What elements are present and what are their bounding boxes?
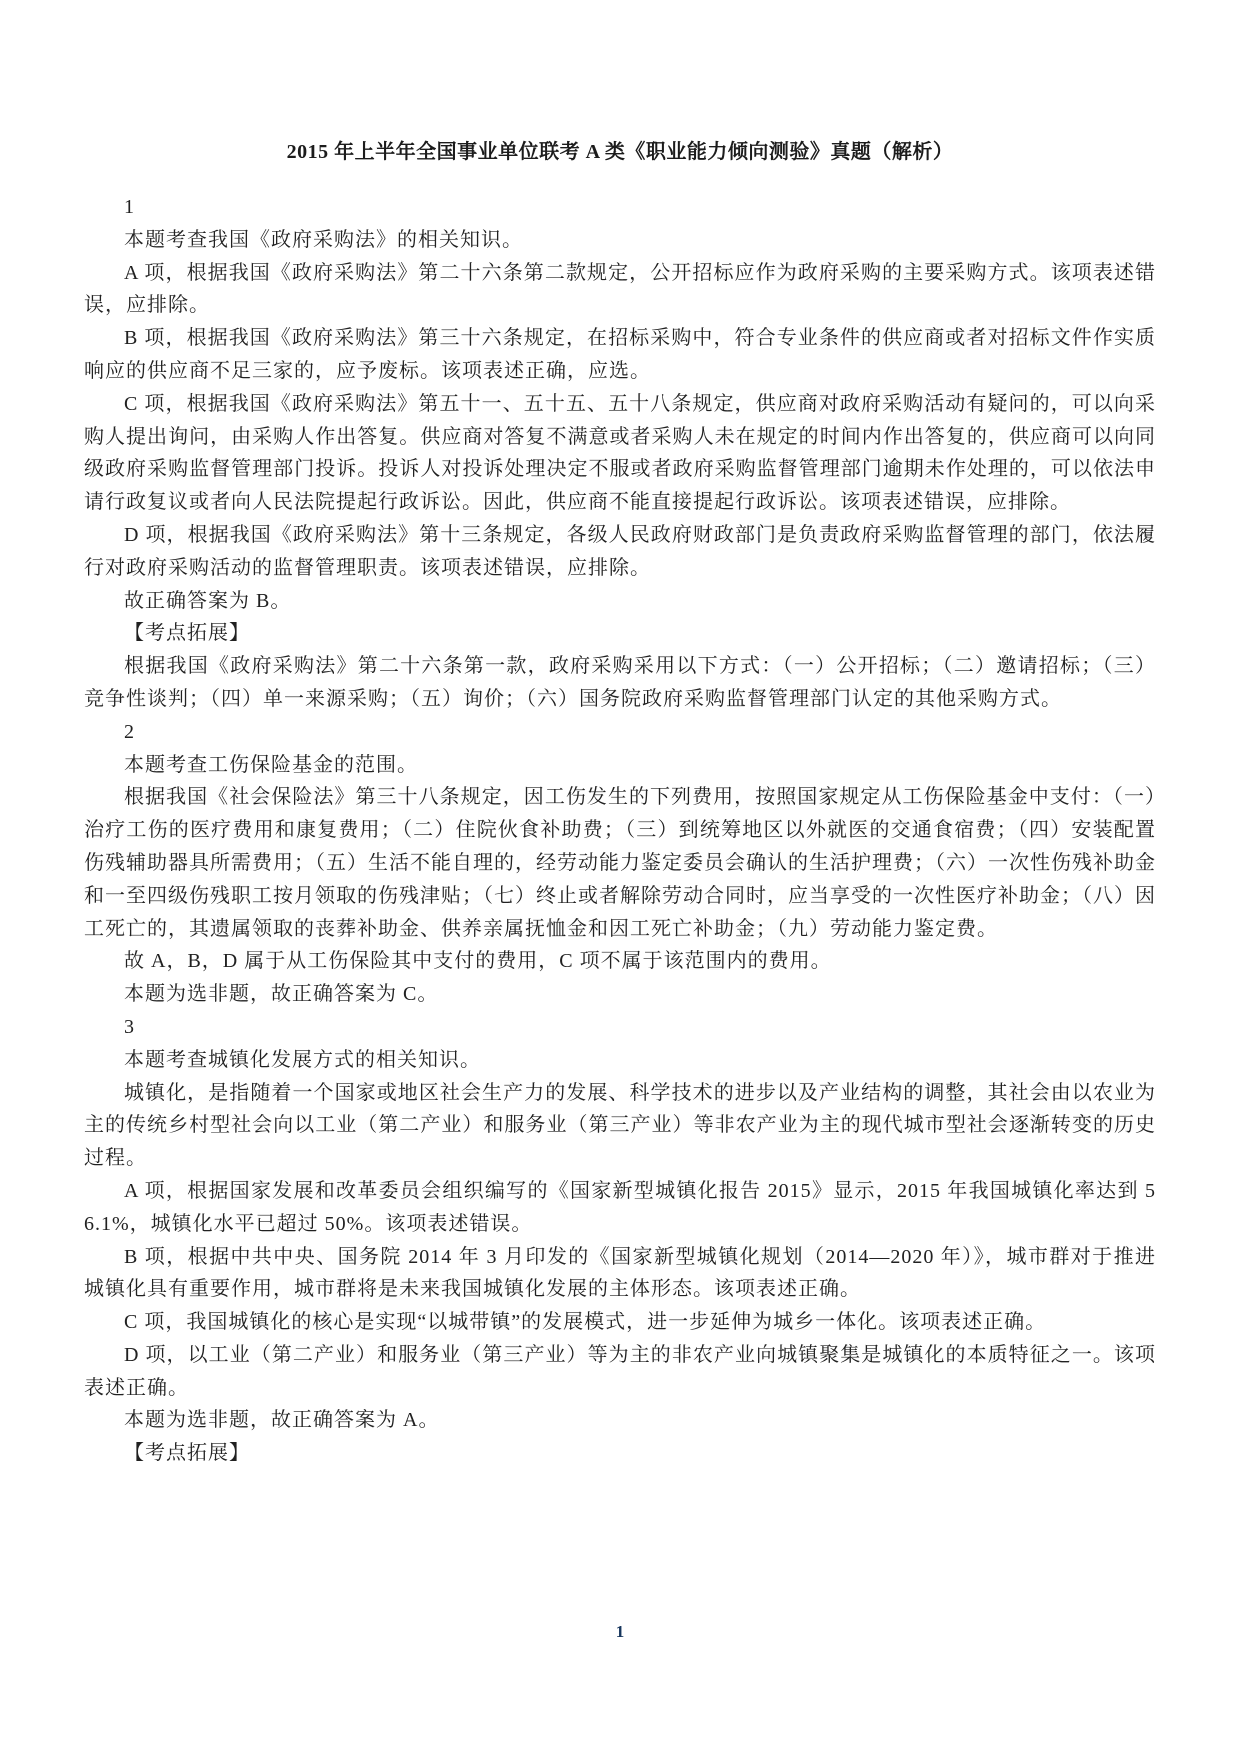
paragraph: 本题考查工伤保险基金的范围。: [84, 749, 1156, 782]
paragraph: 本题考查城镇化发展方式的相关知识。: [84, 1044, 1156, 1077]
paragraph: 2: [84, 716, 1156, 749]
paragraph: D 项，以工业（第二产业）和服务业（第三产业）等为主的非农产业向城镇聚集是城镇化…: [84, 1339, 1156, 1405]
paragraph: 本题考查我国《政府采购法》的相关知识。: [84, 224, 1156, 257]
paragraph: C 项，根据我国《政府采购法》第五十一、五十五、五十八条规定，供应商对政府采购活…: [84, 388, 1156, 519]
paragraph: C 项，我国城镇化的核心是实现“以城带镇”的发展模式，进一步延伸为城乡一体化。该…: [84, 1306, 1156, 1339]
paragraph: B 项，根据我国《政府采购法》第三十六条规定，在招标采购中，符合专业条件的供应商…: [84, 322, 1156, 388]
paragraph: A 项，根据我国《政府采购法》第二十六条第二款规定，公开招标应作为政府采购的主要…: [84, 257, 1156, 323]
paragraph: 故 A，B，D 属于从工伤保险其中支付的费用，C 项不属于该范围内的费用。: [84, 945, 1156, 978]
paragraph: 【考点拓展】: [84, 1437, 1156, 1470]
paragraph: B 项，根据中共中央、国务院 2014 年 3 月印发的《国家新型城镇化规划（2…: [84, 1241, 1156, 1307]
paragraph: 1: [84, 191, 1156, 224]
paragraph: 【考点拓展】: [84, 617, 1156, 650]
document-page: 2015 年上半年全国事业单位联考 A 类《职业能力倾向测验》真题（解析） 1本…: [0, 0, 1240, 1754]
paragraph: 本题为选非题，故正确答案为 C。: [84, 978, 1156, 1011]
paragraph: 根据我国《政府采购法》第二十六条第一款，政府采购采用以下方式：（一）公开招标；（…: [84, 650, 1156, 716]
paragraph: 根据我国《社会保险法》第三十八条规定，因工伤发生的下列费用，按照国家规定从工伤保…: [84, 781, 1156, 945]
paragraph: 本题为选非题，故正确答案为 A。: [84, 1404, 1156, 1437]
paragraph: D 项，根据我国《政府采购法》第十三条规定，各级人民政府财政部门是负责政府采购监…: [84, 519, 1156, 585]
paragraph: 故正确答案为 B。: [84, 585, 1156, 618]
paragraph: 3: [84, 1011, 1156, 1044]
paragraph: 城镇化，是指随着一个国家或地区社会生产力的发展、科学技术的进步以及产业结构的调整…: [84, 1077, 1156, 1175]
page-number: 1: [0, 1622, 1240, 1642]
page-title: 2015 年上半年全国事业单位联考 A 类《职业能力倾向测验》真题（解析）: [0, 0, 1240, 167]
document-body: 1本题考查我国《政府采购法》的相关知识。A 项，根据我国《政府采购法》第二十六条…: [0, 191, 1240, 1470]
paragraph: A 项，根据国家发展和改革委员会组织编写的《国家新型城镇化报告 2015》显示，…: [84, 1175, 1156, 1241]
